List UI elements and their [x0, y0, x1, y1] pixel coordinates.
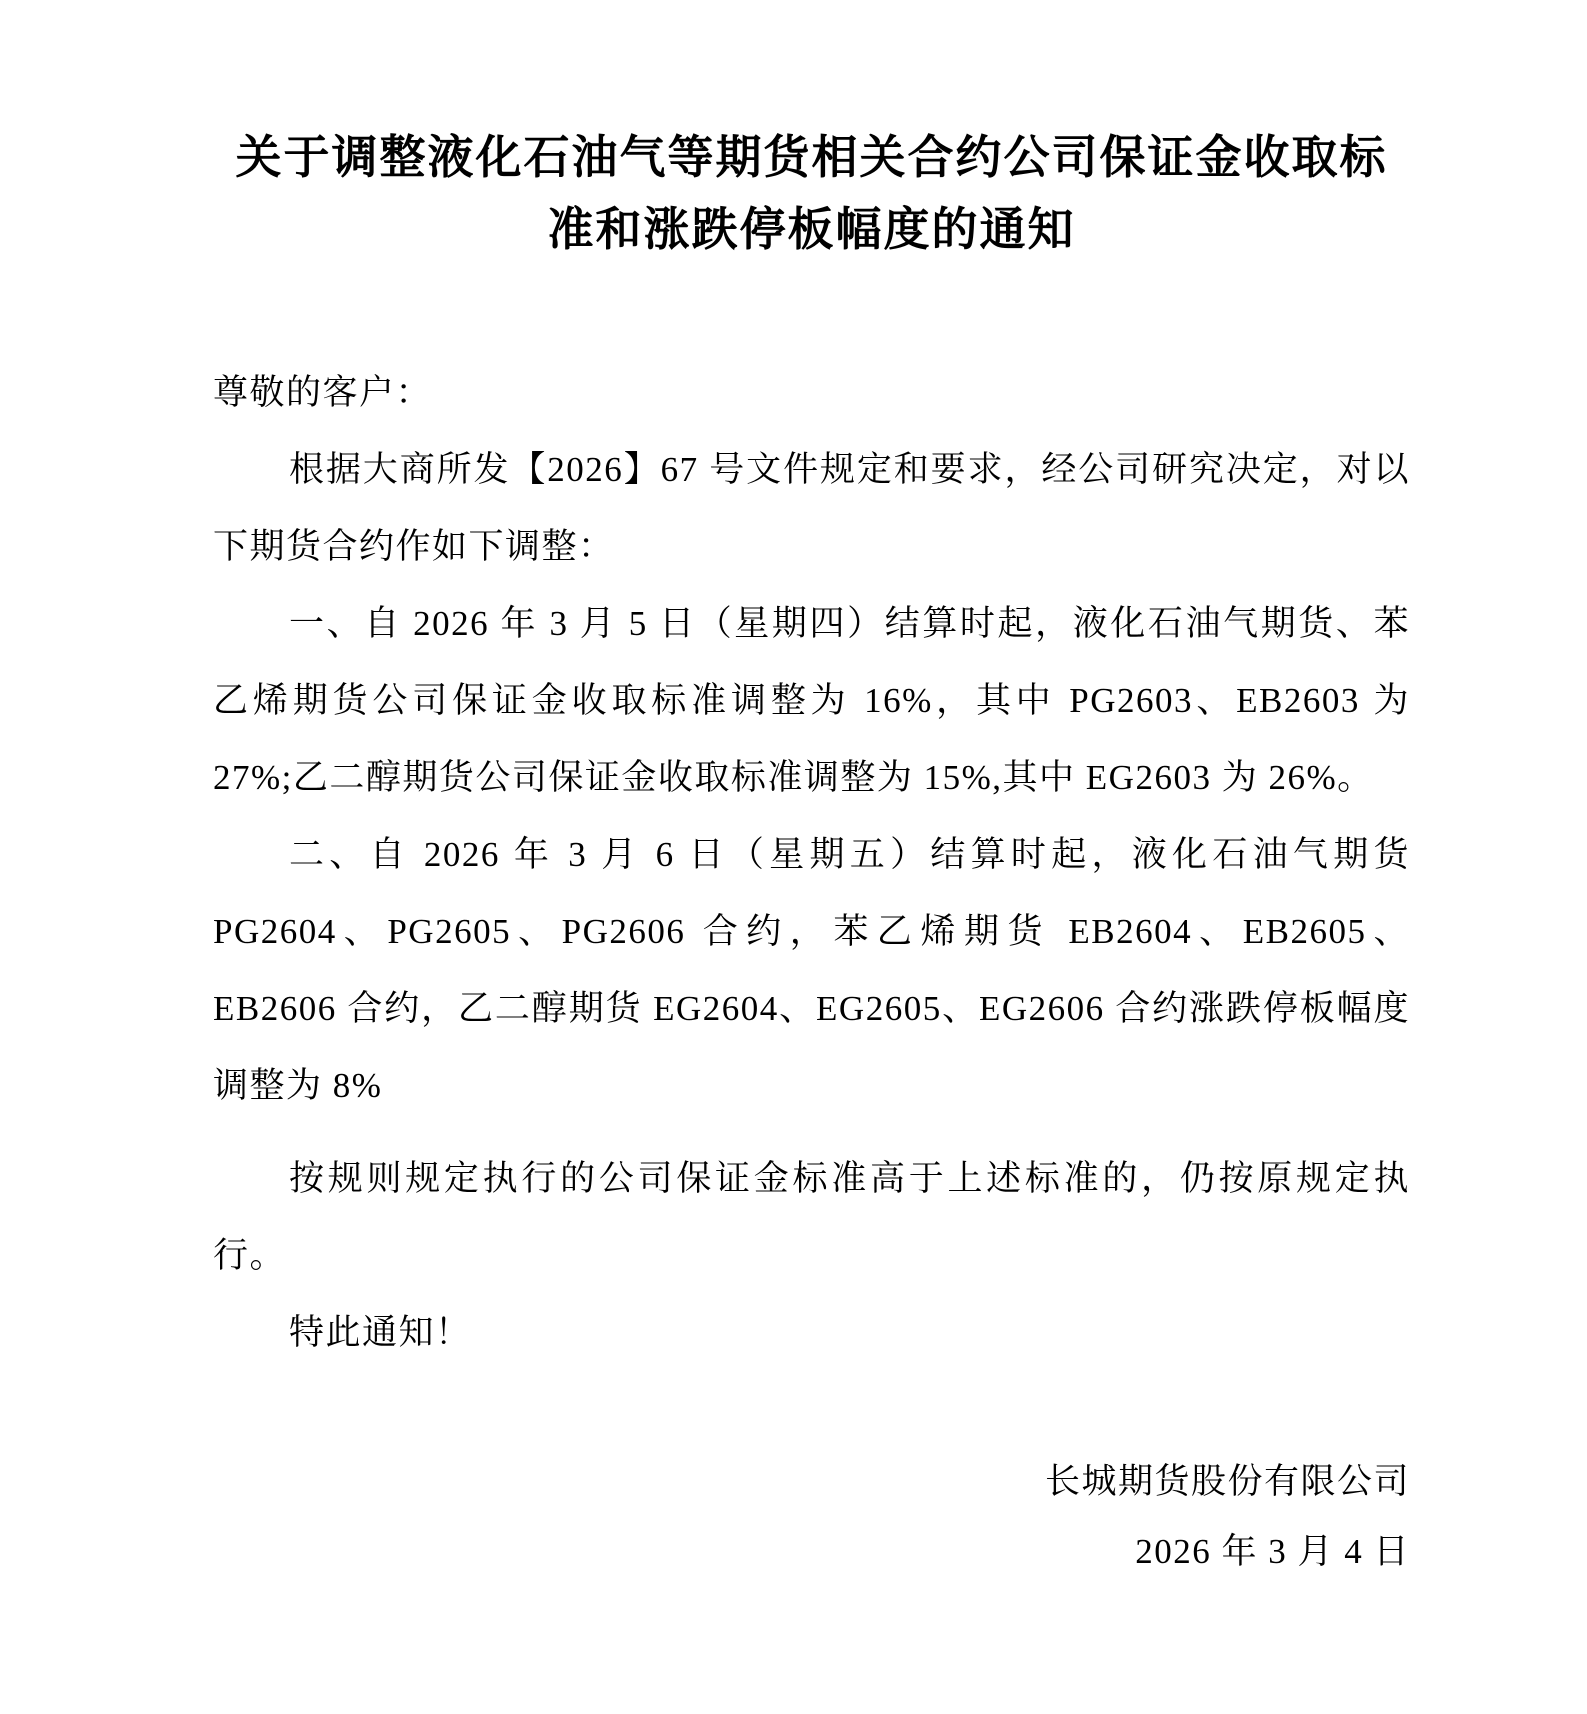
document-title-line-1: 关于调整液化石油气等期货相关合约公司保证金收取标	[213, 122, 1410, 194]
body-paragraph-item-2-price-limit-adjustment: 二、自 2026 年 3 月 6 日（星期五）结算时起，液化石油气期货 PG26…	[213, 816, 1410, 1124]
signature-date: 2026 年 3 月 4 日	[213, 1517, 1410, 1587]
salutation: 尊敬的客户：	[213, 354, 1410, 431]
document-title-line-2: 准和涨跌停板幅度的通知	[213, 194, 1410, 266]
document-title: 关于调整液化石油气等期货相关合约公司保证金收取标 准和涨跌停板幅度的通知	[213, 122, 1410, 266]
signature-company-name: 长城期货股份有限公司	[213, 1447, 1410, 1517]
body-paragraph-rule-clause: 按规则规定执行的公司保证金标准高于上述标准的，仍按原规定执行。	[213, 1140, 1410, 1294]
body-paragraph-basis: 根据大商所发【2026】67 号文件规定和要求，经公司研究决定，对以下期货合约作…	[213, 431, 1410, 585]
document-body: 尊敬的客户： 根据大商所发【2026】67 号文件规定和要求，经公司研究决定，对…	[213, 354, 1410, 1371]
notice-document-page: 关于调整液化石油气等期货相关合约公司保证金收取标 准和涨跌停板幅度的通知 尊敬的…	[0, 0, 1587, 1714]
signature-block: 长城期货股份有限公司 2026 年 3 月 4 日	[213, 1447, 1410, 1587]
body-paragraph-closing: 特此通知！	[213, 1294, 1410, 1371]
body-paragraph-item-1-margin-adjustment: 一、自 2026 年 3 月 5 日（星期四）结算时起，液化石油气期货、苯乙烯期…	[213, 585, 1410, 816]
